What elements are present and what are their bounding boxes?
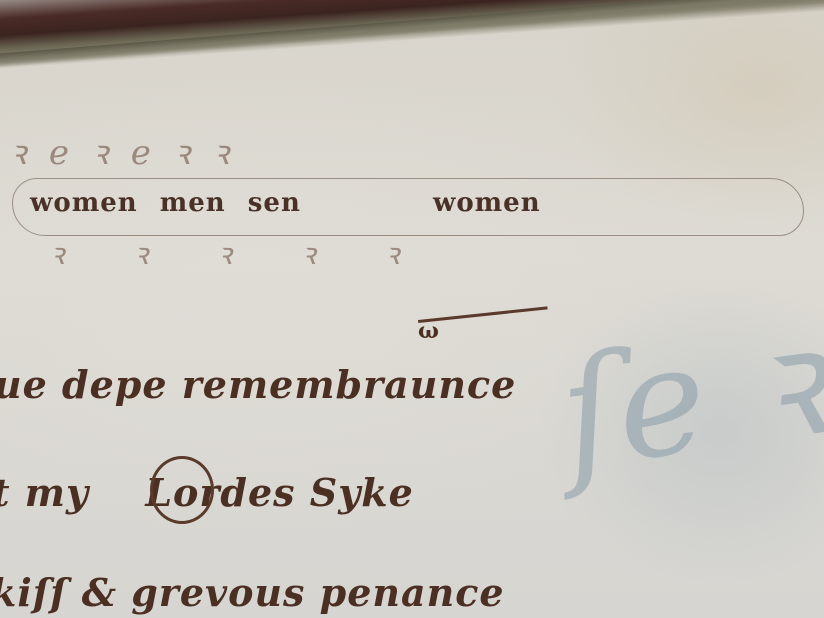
pen-trial-words: women men sen women (30, 188, 553, 218)
superscript-abbreviation: ω (418, 318, 439, 344)
verse-line-3: kiſſ & grevous penance (0, 570, 505, 615)
pen-trial-word: women (433, 188, 541, 218)
verse-line-1: ue depe remembraunce (0, 362, 516, 407)
pen-flourish-bottom: ꝛ ꝛ ꝛ ꝛ ꝛ (50, 232, 429, 273)
pen-flourish-top: ꝛ e ꝛ e ꝛ ꝛ (10, 128, 235, 174)
verse-line-2-prefix: t my (0, 470, 89, 515)
pen-trial-word: women (30, 188, 138, 218)
pen-trial-word: sen (248, 188, 301, 218)
initial-circle-ornament (150, 456, 214, 524)
offset-ink-text: ſe ꝛ (547, 273, 824, 512)
pen-trial-word: men (160, 188, 226, 218)
manuscript-page: ſe ꝛ ꝛ e ꝛ e ꝛ ꝛ women men sen women ꝛ ꝛ… (0, 0, 824, 618)
